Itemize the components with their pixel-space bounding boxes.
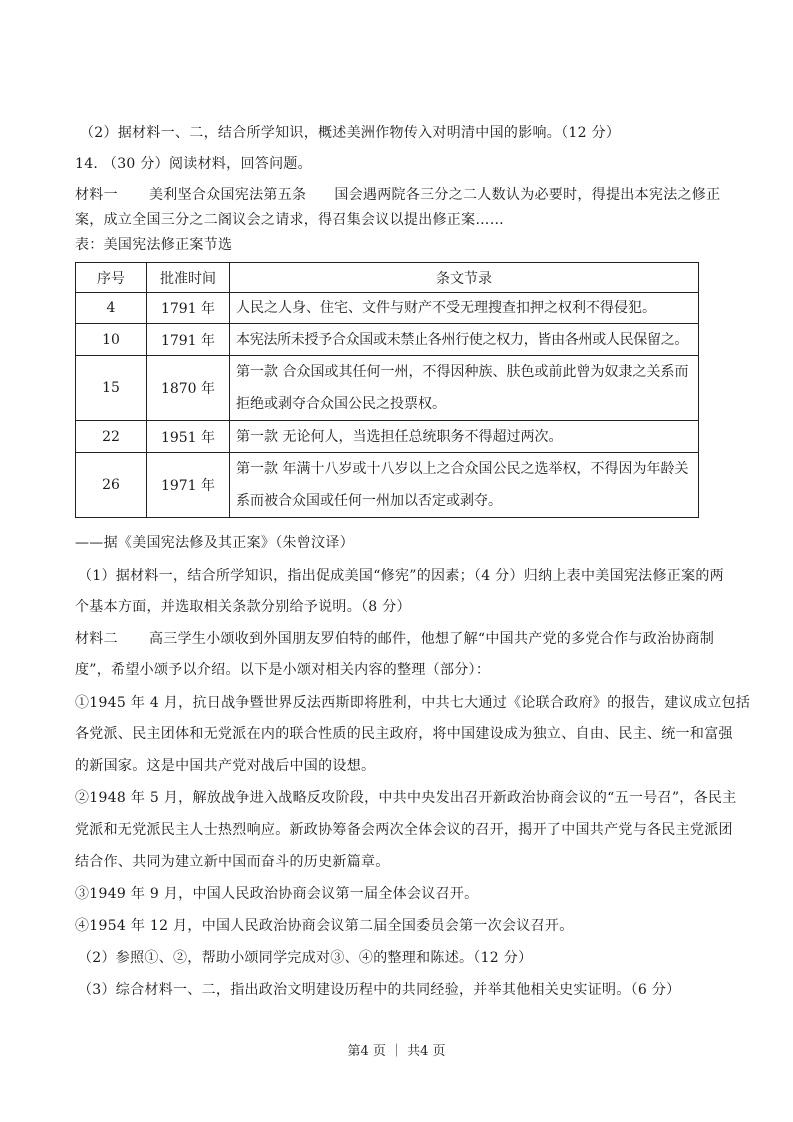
row-date: 1791 年 [147,324,230,356]
table-row: 22 1951 年 第一款 无论何人，当选担任总统职务不得超过两次。 [76,421,699,453]
material-2-label: 材料二 [75,630,149,648]
row-date: 1870 年 [147,356,230,421]
question-14-part-3: （3）综合材料一、二，指出政治文明建设历程中的共同经验，并举其他相关史实证明。（… [78,981,680,999]
table-caption: 表：美国宪法修正案节选 [75,236,232,254]
material-1-second-line: 案，成立全国三分之二阁议会之请求，得召集会议以提出修正案…… [75,211,504,229]
list-item-2-b: 党派和无党派民主人士热烈响应。新政协筹备会两次全体会议的召开，揭开了中国共产党与… [75,821,733,839]
row-text: 人民之人身、住宅、文件与财产不受无理搜查扣押之权利不得侵犯。 [230,293,699,324]
material-1-first-line: 材料一美利坚合众国宪法第五条国会遇两院各三分之二人数认为必要时，得提出本宪法之修… [75,186,720,204]
list-item-4: ④1954 年 12 月，中国人民政治协商会议第二届全国委员会第一次会议召开。 [75,917,574,935]
table-row: 4 1791 年 人民之人身、住宅、文件与财产不受无理搜查扣押之权利不得侵犯。 [76,293,699,324]
list-item-2-a: ②1948 年 5 月，解放战争进入战略反攻阶段，中共中央发出召开新政治协商会议… [75,789,737,807]
table-source: ——据《美国宪法修及其正案》（朱曾汶译） [75,534,354,552]
row-date: 1951 年 [147,421,230,453]
row-date: 1971 年 [147,453,230,518]
question-13-part-2: （2）据材料一、二，结合所学知识，概述美洲作物传入对明清中国的影响。（12 分） [80,124,620,142]
list-item-1-b: 各党派、民主团体和无党派在内的联合性质的民主政府，将中国建设成为独立、自由、民主… [75,725,733,743]
question-14-part-1-a: （1）据材料一，结合所学知识，指出促成美国“修宪”的因素；（4 分）归纳上表中美… [78,567,724,585]
list-item-3: ③1949 年 9 月，中国人民政治协商会议第一届全体会议召开。 [75,885,479,903]
table-row: 10 1791 年 本宪法所未授予合众国或未禁止各州行使之权力，皆由各州或人民保… [76,324,699,356]
table-header-row: 序号 批准时间 条文节录 [76,263,699,293]
material-2-first-line: 材料二高三学生小颂收到外国朋友罗伯特的邮件，他想了解“中国共产党的多党合作与政治… [75,630,714,648]
row-text: 第一款 合众国或其任何一州，不得因种族、肤色或前此曾为奴隶之关系而拒绝或剥夺合众… [230,356,699,421]
row-text: 第一款 年满十八岁或十八岁以上之合众国公民之选举权，不得因为年龄关系而被合众国或… [230,453,699,518]
row-text: 第一款 无论何人，当选担任总统职务不得超过两次。 [230,421,699,453]
material-2-text: 高三学生小颂收到外国朋友罗伯特的邮件，他想了解“中国共产党的多党合作与政治协商制 [149,631,714,647]
material-1-title: 美利坚合众国宪法第五条 [149,187,306,203]
question-14-part-1-b: 个基本方面，并选取相关条款分别给予说明。（8 分） [75,598,411,616]
list-item-1-c: 的新国家。这是中国共产党对战后中国的设想。 [75,757,375,775]
row-number: 4 [76,293,147,324]
header-number: 序号 [76,263,147,293]
question-14-part-2: （2）参照①、②，帮助小颂同学完成对③、④的整理和陈述。（12 分） [78,949,532,967]
table-row: 15 1870 年 第一款 合众国或其任何一州，不得因种族、肤色或前此曾为奴隶之… [76,356,699,421]
list-item-2-c: 结合作、共同为建立新中国而奋斗的历史新篇章。 [75,853,390,871]
row-number: 10 [76,324,147,356]
amendments-table: 序号 批准时间 条文节录 4 1791 年 人民之人身、住宅、文件与财产不受无理… [75,262,699,518]
list-item-1-a: ①1945 年 4 月，抗日战争暨世界反法西斯即将胜利，中共七大通过《论联合政府… [75,694,750,712]
header-date: 批准时间 [147,263,230,293]
row-number: 26 [76,453,147,518]
table-row: 26 1971 年 第一款 年满十八岁或十八岁以上之合众国公民之选举权，不得因为… [76,453,699,518]
material-2-second-line: 度”，希望小颂予以介绍。以下是小颂对相关内容的整理（部分）： [75,661,490,679]
header-text: 条文节录 [230,263,699,293]
row-number: 15 [76,356,147,421]
material-1-text: 国会遇两院各三分之二人数认为必要时，得提出本宪法之修正 [334,187,720,203]
row-date: 1791 年 [147,293,230,324]
question-14-header: 14. （30 分）阅读材料，回答问题。 [75,155,312,173]
row-number: 22 [76,421,147,453]
page-number-footer: 第4 页 ｜ 共4 页 [0,1040,793,1059]
row-text: 本宪法所未授予合众国或未禁止各州行使之权力，皆由各州或人民保留之。 [230,324,699,356]
material-1-label: 材料一 [75,186,149,204]
